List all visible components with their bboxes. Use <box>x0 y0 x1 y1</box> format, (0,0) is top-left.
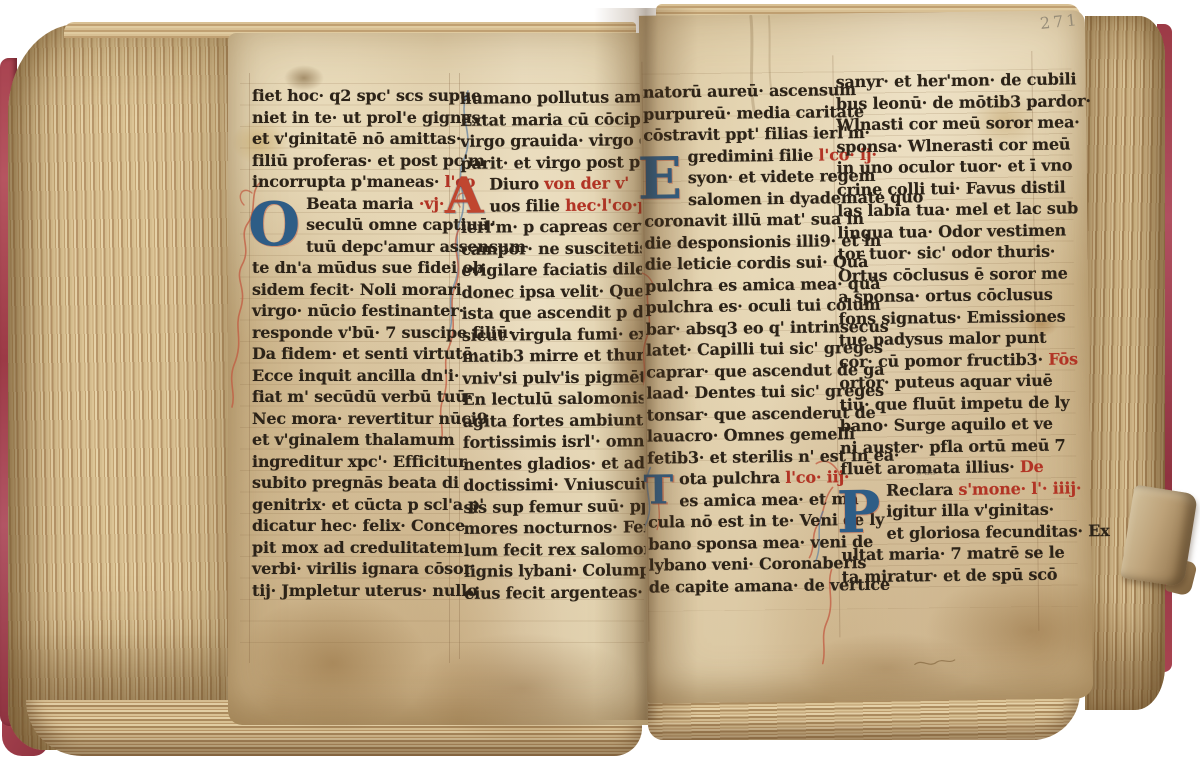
body-text: las labia tua· mel et lac sub <box>837 198 1078 220</box>
body-text: donec ipsa velit· Que ē <box>461 281 659 302</box>
body-text: te dn'a mūdus sue fidei ob <box>252 258 484 277</box>
body-text: fiet hoc· q2 spc' scs supue <box>252 86 481 105</box>
body-text: gredimini filie <box>687 145 818 166</box>
body-text: sponsa· Wlnerasti cor meū <box>836 134 1070 156</box>
rubric-text: De <box>1020 457 1044 476</box>
page-verso: fiet hoc· q2 spc' scs supueniet in te· u… <box>228 33 648 725</box>
rubric-text: von der v' <box>544 173 629 193</box>
body-text: purpureū· media caritate <box>643 102 864 124</box>
body-text: lybano veni· Coronaberis <box>648 553 866 575</box>
body-text: ota pulchra <box>679 468 785 488</box>
body-text: bus leonū· de mōtib3 pardor· <box>836 91 1091 113</box>
body-text: virgo· nūcio festinanter· <box>252 301 464 320</box>
body-text: natorū aureū· ascensum <box>643 80 856 102</box>
body-text: Reclara <box>886 479 959 499</box>
body-text: tij· Jmpletur uterus· nullo <box>252 581 477 600</box>
body-text: ortor· puteus aquar viuē <box>839 371 1052 393</box>
body-text: die leticie cordis sui· Quā <box>645 252 869 274</box>
text-column-right-2: sanyr· et her'mon· de cubilibus leonū· d… <box>836 69 1038 587</box>
body-text: cor· cū pomor fructib3· <box>839 349 1048 371</box>
illuminated-initial: P <box>836 479 886 544</box>
page-stack-right <box>1085 16 1165 710</box>
body-text: tor tuor· sic' odor thuris· <box>838 242 1056 264</box>
body-text: ultat maria· 7 matrē se le <box>841 543 1064 565</box>
body-text: Nec mora· revertitur nūci9 <box>252 409 488 428</box>
body-text: verbi· virilis ignara cōsor <box>252 559 472 578</box>
rubric-text: Fōs <box>1048 349 1078 368</box>
body-text: Wlnasti cor meū soror mea· <box>836 112 1080 134</box>
body-text: in uno oculor tuor· et ī vno <box>837 155 1073 177</box>
body-text: Diuro <box>489 174 544 193</box>
body-text: tue padysus malor punt <box>839 328 1047 350</box>
body-text: En lectulū salomonis l' <box>462 388 662 409</box>
body-text: agita fortes ambiunt· ex <box>463 409 674 430</box>
body-text: niet in te· ut prol'e gignas· <box>252 108 486 127</box>
body-text: Beata maria <box>306 194 419 213</box>
body-text: bano· Surge aquilo et ve <box>840 414 1053 436</box>
illuminated-initial: T <box>643 468 679 511</box>
body-text: uos filie <box>489 195 565 215</box>
body-text: es amica mea· et ma <box>679 489 858 510</box>
body-text: subito pregnās beata di <box>252 473 459 492</box>
body-text: Da fidem· et senti virtutē· <box>252 344 478 363</box>
page-stack-left <box>8 24 240 750</box>
body-text: Ecce inquit ancilla dn'i· <box>252 366 459 385</box>
body-text: fons signatus· Emissiones <box>838 306 1065 328</box>
illuminated-initial: A <box>445 174 490 217</box>
body-text: lauacro· Omnes gemelli <box>647 424 855 446</box>
illuminated-initial: E <box>637 146 688 211</box>
stain <box>238 593 428 733</box>
body-text: genitrix· et cūcta p scl'a p' <box>252 495 484 514</box>
rubric-text: ·vj· <box>419 194 444 213</box>
body-text: a sponsa· ortus cōclusus <box>838 285 1053 307</box>
rubric-text: s'mone· l'· iiij· <box>958 478 1081 498</box>
body-text: tiū· que fluūt impetu de ly <box>839 392 1069 414</box>
body-text: igitur illa v'ginitas· <box>886 500 1054 521</box>
body-text: sidem fecit· Noli morari <box>252 280 462 299</box>
body-text: ingreditur xpc'· Efficitur <box>252 452 466 471</box>
body-text: sanyr· et her'mon· de cubili <box>836 69 1077 91</box>
column-rule <box>249 73 250 663</box>
stain <box>796 632 977 704</box>
body-text: fiat m' secūdū verbū tuū· <box>252 387 472 406</box>
body-text: coronavit illū mat' sua in <box>644 209 864 231</box>
body-text: evigilare faciatis dilectā <box>461 259 672 280</box>
body-text: ni auster· pfla ortū meū 7 <box>840 435 1066 457</box>
body-text: Ortus cōclusus ē soror me <box>838 263 1068 285</box>
text-column-right-1: natorū aureū· ascensumpurpureū· media ca… <box>643 79 843 597</box>
body-text: ta miratur· et de spū scō <box>842 564 1058 586</box>
body-text: lingua tua· Odor vestimen <box>837 220 1066 242</box>
page-recto: natorū aureū· ascensumpurpureū· media ca… <box>639 10 1093 703</box>
body-text: incorrupta p'maneas· <box>252 172 445 191</box>
body-text: et gloriosa fecunditas· Ex <box>886 521 1109 543</box>
body-text: Extat maria cū cōcipit <box>460 109 654 130</box>
body-text: dicatur hec· felix· Conce <box>252 516 465 535</box>
marginal-note: o ad <box>916 468 936 479</box>
text-column-left-1: fiet hoc· q2 spc' scs supueniet in te· u… <box>252 85 450 601</box>
text-column-left-2: humano pollutus amplexuExtat maria cū cō… <box>460 86 656 604</box>
body-text: pit mox ad credulitatem <box>252 538 463 557</box>
body-text: et v'ginalem thalamum <box>252 430 455 449</box>
illuminated-initial: O <box>248 193 306 258</box>
body-text: et v'ginitatē nō amittas· <box>252 129 461 148</box>
manuscript-photo: fiet hoc· q2 spc' scs supueniet in te· u… <box>0 0 1200 767</box>
body-text: crine colli tui· Favus distil <box>837 177 1066 199</box>
body-text: mores nocturnos· Fercu <box>464 517 673 538</box>
